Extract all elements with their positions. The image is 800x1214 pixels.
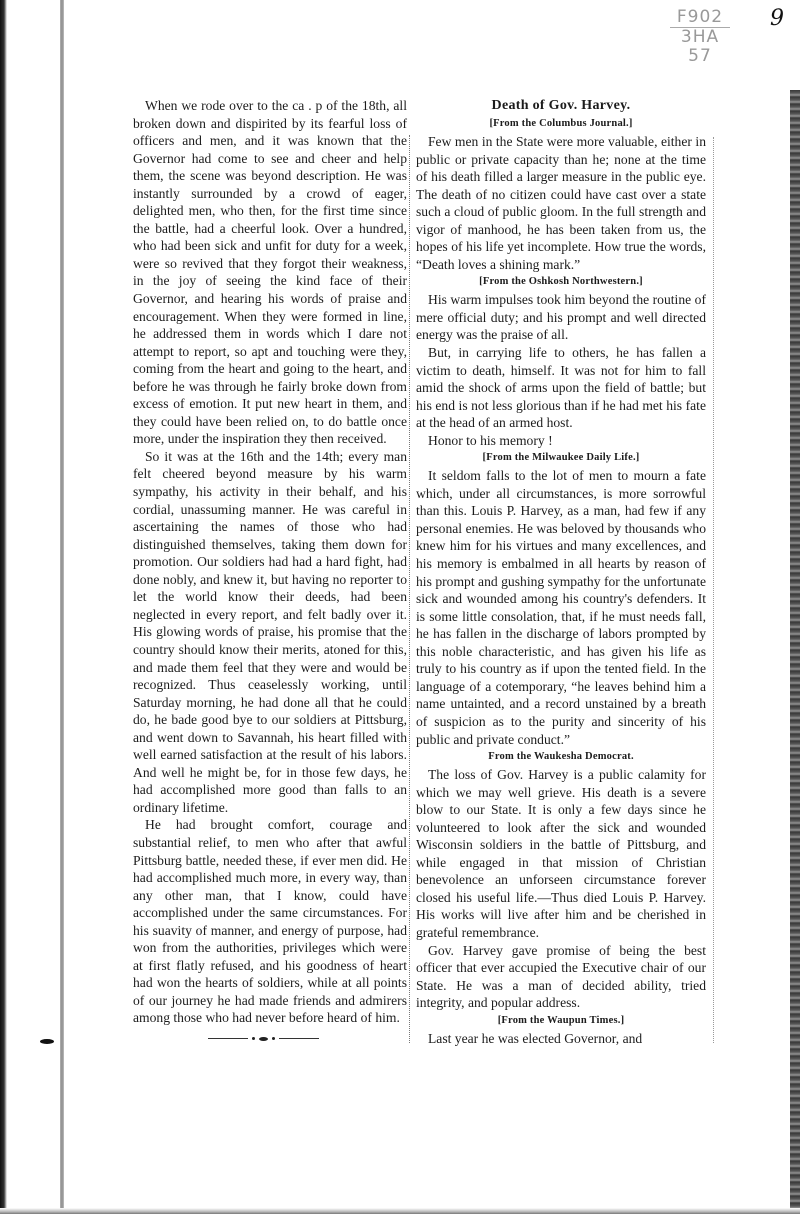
ornament-dot [252, 1037, 255, 1040]
left-paragraph-1: When we rode over to the ca . p of the 1… [133, 97, 407, 448]
catalog-note-line-3: 57 [640, 47, 760, 66]
article-paragraph: The loss of Gov. Harvey is a public cala… [416, 766, 706, 941]
source-attribution: [From the Waupun Times.] [416, 1012, 706, 1030]
left-column: When we rode over to the ca . p of the 1… [133, 97, 407, 1041]
source-attribution: [From the Milwaukee Daily Life.] [416, 449, 706, 467]
ornament-diamond [259, 1037, 268, 1041]
ornament-dot [272, 1037, 275, 1040]
article-paragraph: But, in carrying life to others, he has … [416, 344, 706, 432]
article-paragraph: Honor to his memory ! [416, 432, 706, 450]
article-paragraph: Gov. Harvey gave promise of being the be… [416, 942, 706, 1012]
ornament-rule-right [279, 1038, 319, 1039]
article-paragraph: Last year he was elected Governor, and [416, 1030, 706, 1048]
left-paragraph-2: So it was at the 16th and the 14th; ever… [133, 448, 407, 816]
scan-left-edge [0, 0, 7, 1214]
catalog-note-line-2: 3HA [640, 28, 760, 47]
left-paragraph-3: He had brought comfort, courage and subs… [133, 816, 407, 1027]
ornament-rule-left [208, 1038, 248, 1039]
ink-blot-mark [40, 1039, 54, 1044]
article-paragraph: Few men in the State were more valuable,… [416, 133, 706, 273]
catalog-note-line-1: F902 [670, 8, 730, 28]
article-paragraph: His warm impulses took him beyond the ro… [416, 291, 706, 344]
page-number: 9 [770, 6, 784, 31]
right-column: Death of Gov. Harvey. [From the Columbus… [416, 97, 706, 1047]
scan-right-edge [790, 90, 800, 1214]
catalog-note: F902 3HA 57 [640, 8, 760, 66]
article-headline: Death of Gov. Harvey. [416, 97, 706, 114]
section-end-ornament [173, 1037, 353, 1041]
article-paragraph: It seldom falls to the lot of men to mou… [416, 467, 706, 748]
scan-bottom-edge [0, 1208, 800, 1214]
source-attribution: From the Waukesha Democrat. [416, 748, 706, 766]
scan-binding-fold [60, 0, 64, 1214]
source-attribution: [From the Columbus Journal.] [416, 115, 706, 133]
source-attribution: [From the Oshkosh Northwestern.] [416, 273, 706, 291]
